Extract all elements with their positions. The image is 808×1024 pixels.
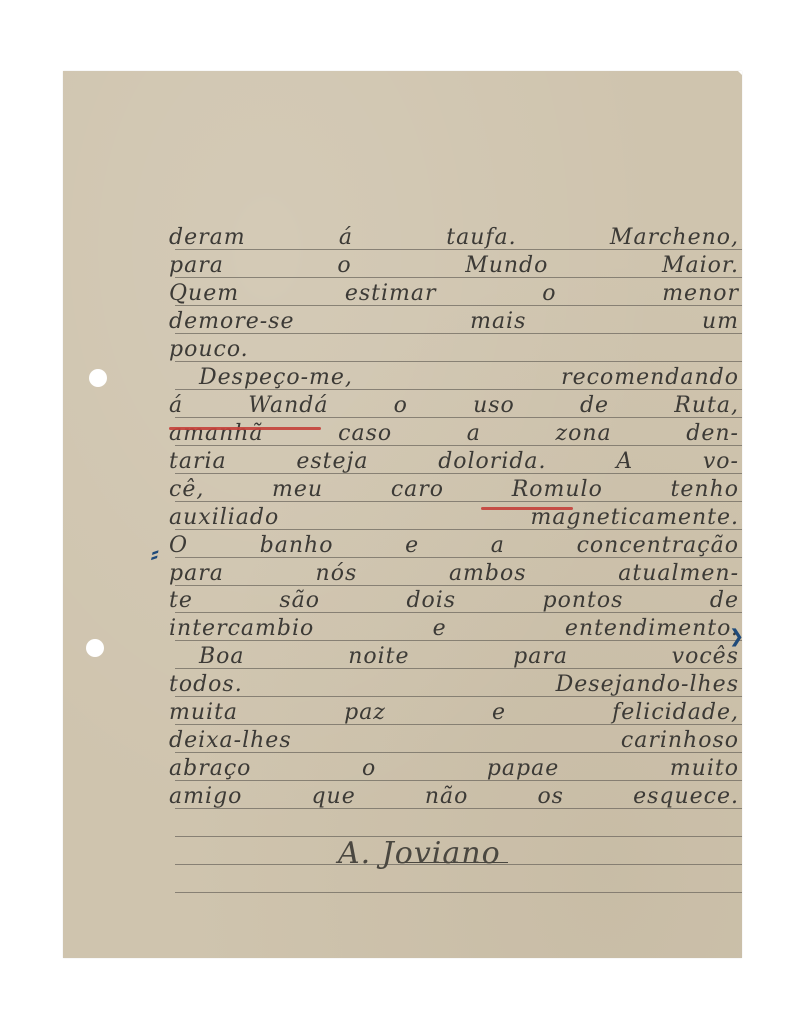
word: vo- bbox=[703, 449, 739, 477]
word: Mundo bbox=[465, 253, 548, 281]
word: caso bbox=[338, 421, 392, 449]
letter-line: amigoquenãoosesquece. bbox=[169, 784, 739, 812]
word: o bbox=[362, 756, 376, 784]
word: á bbox=[339, 225, 353, 253]
word: uso bbox=[473, 393, 515, 421]
letter-line: paraoMundoMaior. bbox=[169, 253, 739, 281]
letter-line: demore-semaisum bbox=[169, 309, 739, 337]
punch-hole-top bbox=[89, 369, 107, 387]
word: menor bbox=[662, 281, 739, 309]
word: recomendando bbox=[561, 365, 739, 393]
word: e bbox=[433, 616, 447, 644]
word: o bbox=[394, 393, 408, 421]
letter-line: amanhãcasoazonaden- bbox=[169, 421, 739, 449]
word: zona bbox=[556, 421, 612, 449]
word: esteja bbox=[296, 449, 368, 477]
word: um bbox=[702, 309, 739, 337]
letter-line: cê,meucaroRomulotenho bbox=[169, 477, 739, 505]
word: o bbox=[337, 253, 351, 281]
word: auxiliado bbox=[169, 505, 279, 533]
signature: A. Joviano bbox=[338, 836, 501, 871]
ruled-line bbox=[175, 892, 742, 893]
word: caro bbox=[391, 477, 444, 505]
signature-text: A. Joviano bbox=[338, 836, 501, 871]
letter-line: tesãodoispontosde bbox=[169, 588, 739, 616]
word: Romulo bbox=[512, 477, 603, 505]
letter-line: áWandáousodeRuta, bbox=[169, 393, 739, 421]
word: esquece. bbox=[633, 784, 739, 812]
word: de bbox=[710, 588, 739, 616]
word: que bbox=[311, 784, 355, 812]
letter-line: todos.Desejando-lhes bbox=[169, 672, 739, 700]
word: mais bbox=[470, 309, 526, 337]
word: noite bbox=[348, 644, 409, 672]
signature-flourish bbox=[398, 862, 508, 863]
word: Despeço-me, bbox=[199, 365, 353, 393]
word: e bbox=[405, 533, 419, 561]
letter-line: Boanoiteparavocês bbox=[199, 644, 739, 672]
word: dolorida. bbox=[438, 449, 546, 477]
word: ambos bbox=[449, 561, 527, 589]
word: de bbox=[580, 393, 609, 421]
word: a bbox=[491, 533, 505, 561]
word: Wandá bbox=[248, 393, 328, 421]
letter-line: paranósambosatualmen- bbox=[169, 561, 739, 589]
word: deixa-lhes bbox=[169, 728, 292, 756]
letter-paper: deramátaufa.Marcheno,paraoMundoMaior.Que… bbox=[63, 71, 742, 958]
word: para bbox=[513, 644, 568, 672]
word: Marcheno, bbox=[610, 225, 739, 253]
word: muita bbox=[169, 700, 238, 728]
word: meu bbox=[272, 477, 323, 505]
word: Desejando-lhes bbox=[556, 672, 739, 700]
blue-margin-mark-left: ⸗ bbox=[151, 541, 158, 567]
letter-line: pouco. bbox=[169, 337, 739, 365]
letter-line: tariaestejadolorida.Avo- bbox=[169, 449, 739, 477]
blue-margin-mark-right: ❯ bbox=[729, 626, 744, 647]
word: Ruta, bbox=[674, 393, 739, 421]
word: A bbox=[616, 449, 633, 477]
word: á bbox=[169, 393, 183, 421]
word: muito bbox=[670, 756, 739, 784]
letter-line: muitapazefelicidade, bbox=[169, 700, 739, 728]
word: taufa. bbox=[446, 225, 516, 253]
red-underline-romulo bbox=[481, 507, 573, 510]
word: a bbox=[467, 421, 481, 449]
word: den- bbox=[686, 421, 739, 449]
letter-line: Quemestimaromenor bbox=[169, 281, 739, 309]
letter-line: deramátaufa.Marcheno, bbox=[169, 225, 739, 253]
word: entendimento. bbox=[565, 616, 739, 644]
word: pontos bbox=[543, 588, 624, 616]
word: pouco. bbox=[169, 337, 249, 365]
word: cê, bbox=[169, 477, 204, 505]
word: papae bbox=[487, 756, 559, 784]
letter-line: Obanhoeaconcentração bbox=[169, 533, 739, 561]
red-underline-wanda bbox=[169, 427, 321, 430]
word: o bbox=[542, 281, 556, 309]
word: estimar bbox=[345, 281, 437, 309]
word: carinhoso bbox=[621, 728, 739, 756]
word: abraço bbox=[169, 756, 251, 784]
word: taria bbox=[169, 449, 227, 477]
word: Maior. bbox=[662, 253, 739, 281]
letter-line: intercambioeentendimento. bbox=[169, 616, 739, 644]
word: para bbox=[169, 253, 224, 281]
word: paz bbox=[344, 700, 386, 728]
word: Quem bbox=[169, 281, 239, 309]
word: todos. bbox=[169, 672, 243, 700]
word: são bbox=[279, 588, 320, 616]
word: deram bbox=[169, 225, 246, 253]
paper-corner bbox=[738, 71, 742, 75]
letter-line: Despeço-me,recomendando bbox=[199, 365, 739, 393]
letter-line: abraçoopapaemuito bbox=[169, 756, 739, 784]
letter-line: deixa-lhescarinhoso bbox=[169, 728, 739, 756]
punch-hole-bottom bbox=[86, 639, 104, 657]
word: te bbox=[169, 588, 193, 616]
word: não bbox=[425, 784, 469, 812]
word: concentração bbox=[577, 533, 739, 561]
word: vocês bbox=[672, 644, 739, 672]
word: atualmen- bbox=[618, 561, 739, 589]
word: para bbox=[169, 561, 224, 589]
letter-line: auxiliadomagneticamente. bbox=[169, 505, 739, 533]
word: demore-se bbox=[169, 309, 295, 337]
word: tenho bbox=[671, 477, 739, 505]
word: amanhã bbox=[169, 421, 264, 449]
word: amigo bbox=[169, 784, 242, 812]
word: e bbox=[492, 700, 506, 728]
word: dois bbox=[406, 588, 456, 616]
word: banho bbox=[260, 533, 334, 561]
word: intercambio bbox=[169, 616, 314, 644]
word: felicidade, bbox=[612, 700, 739, 728]
word: O bbox=[169, 533, 188, 561]
word: os bbox=[537, 784, 564, 812]
word: Boa bbox=[199, 644, 245, 672]
word: nós bbox=[316, 561, 358, 589]
